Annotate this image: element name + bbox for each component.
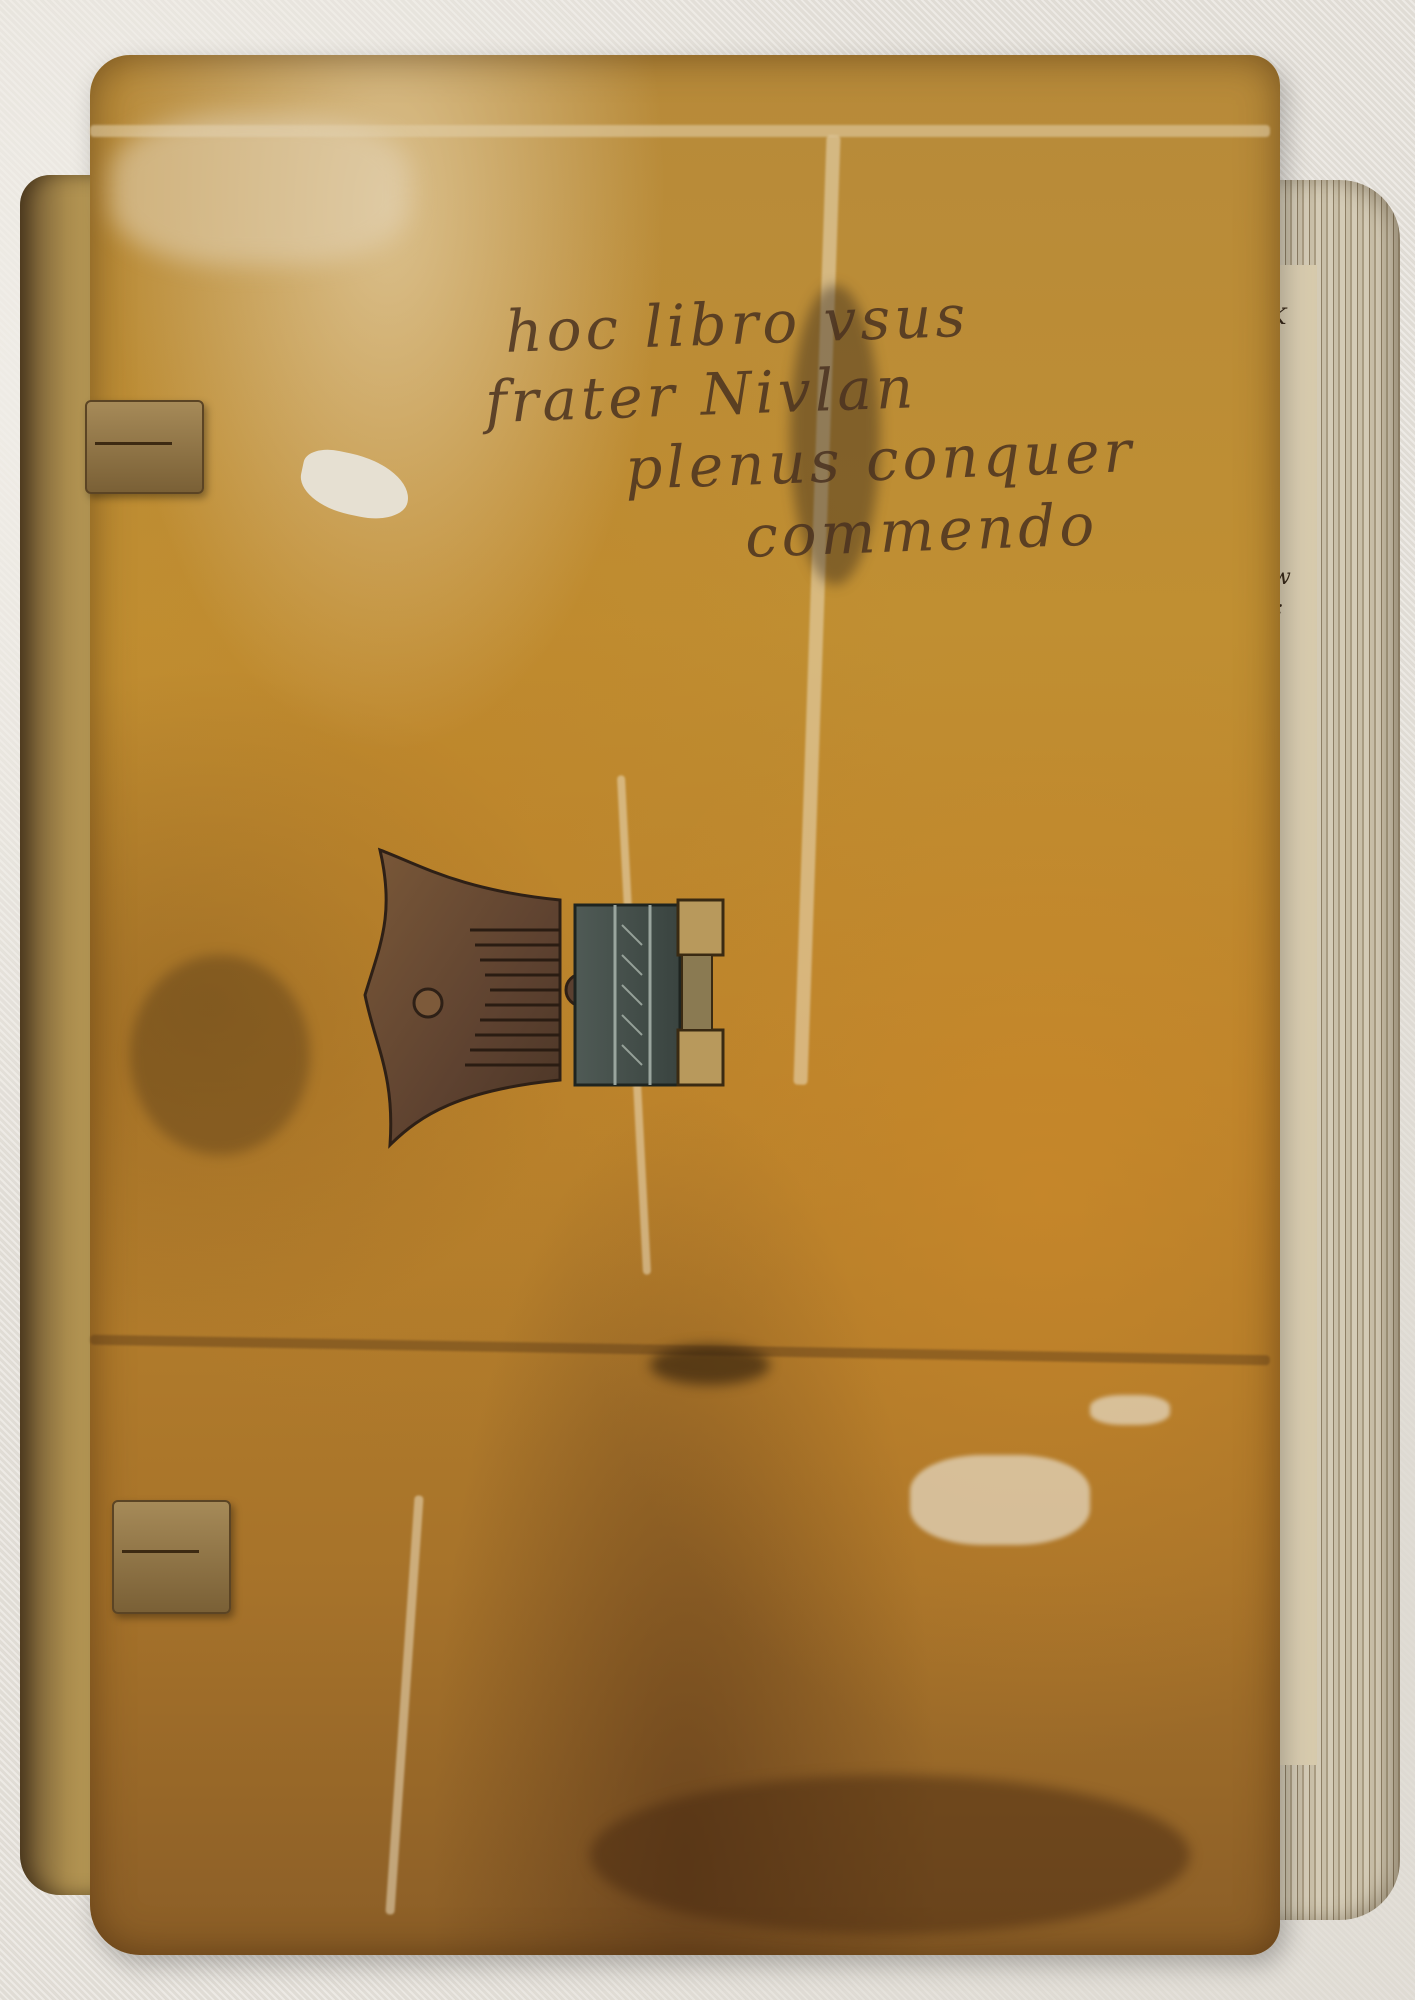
vertical-crease [385,1495,423,1915]
dark-stain [590,1775,1190,1935]
torn-leather-patch [295,444,415,526]
worn-patch [110,115,410,265]
brass-clasp-icon [360,845,740,1155]
worn-patch [910,1455,1090,1545]
handwritten-inscription: hoc libro vsus frater Nivlan plenus conq… [485,285,1245,563]
strap-catch-lower [112,1500,231,1614]
dark-stain [130,955,310,1155]
inscription-line: commendo [744,485,1246,572]
worn-patch [1090,1395,1170,1425]
vertical-crease [793,135,840,1085]
dark-stain [650,1345,770,1385]
antique-book: K w : hoc libro vsus frater Nivlan plenu… [20,55,1390,2000]
strap-catch-upper [85,400,204,494]
